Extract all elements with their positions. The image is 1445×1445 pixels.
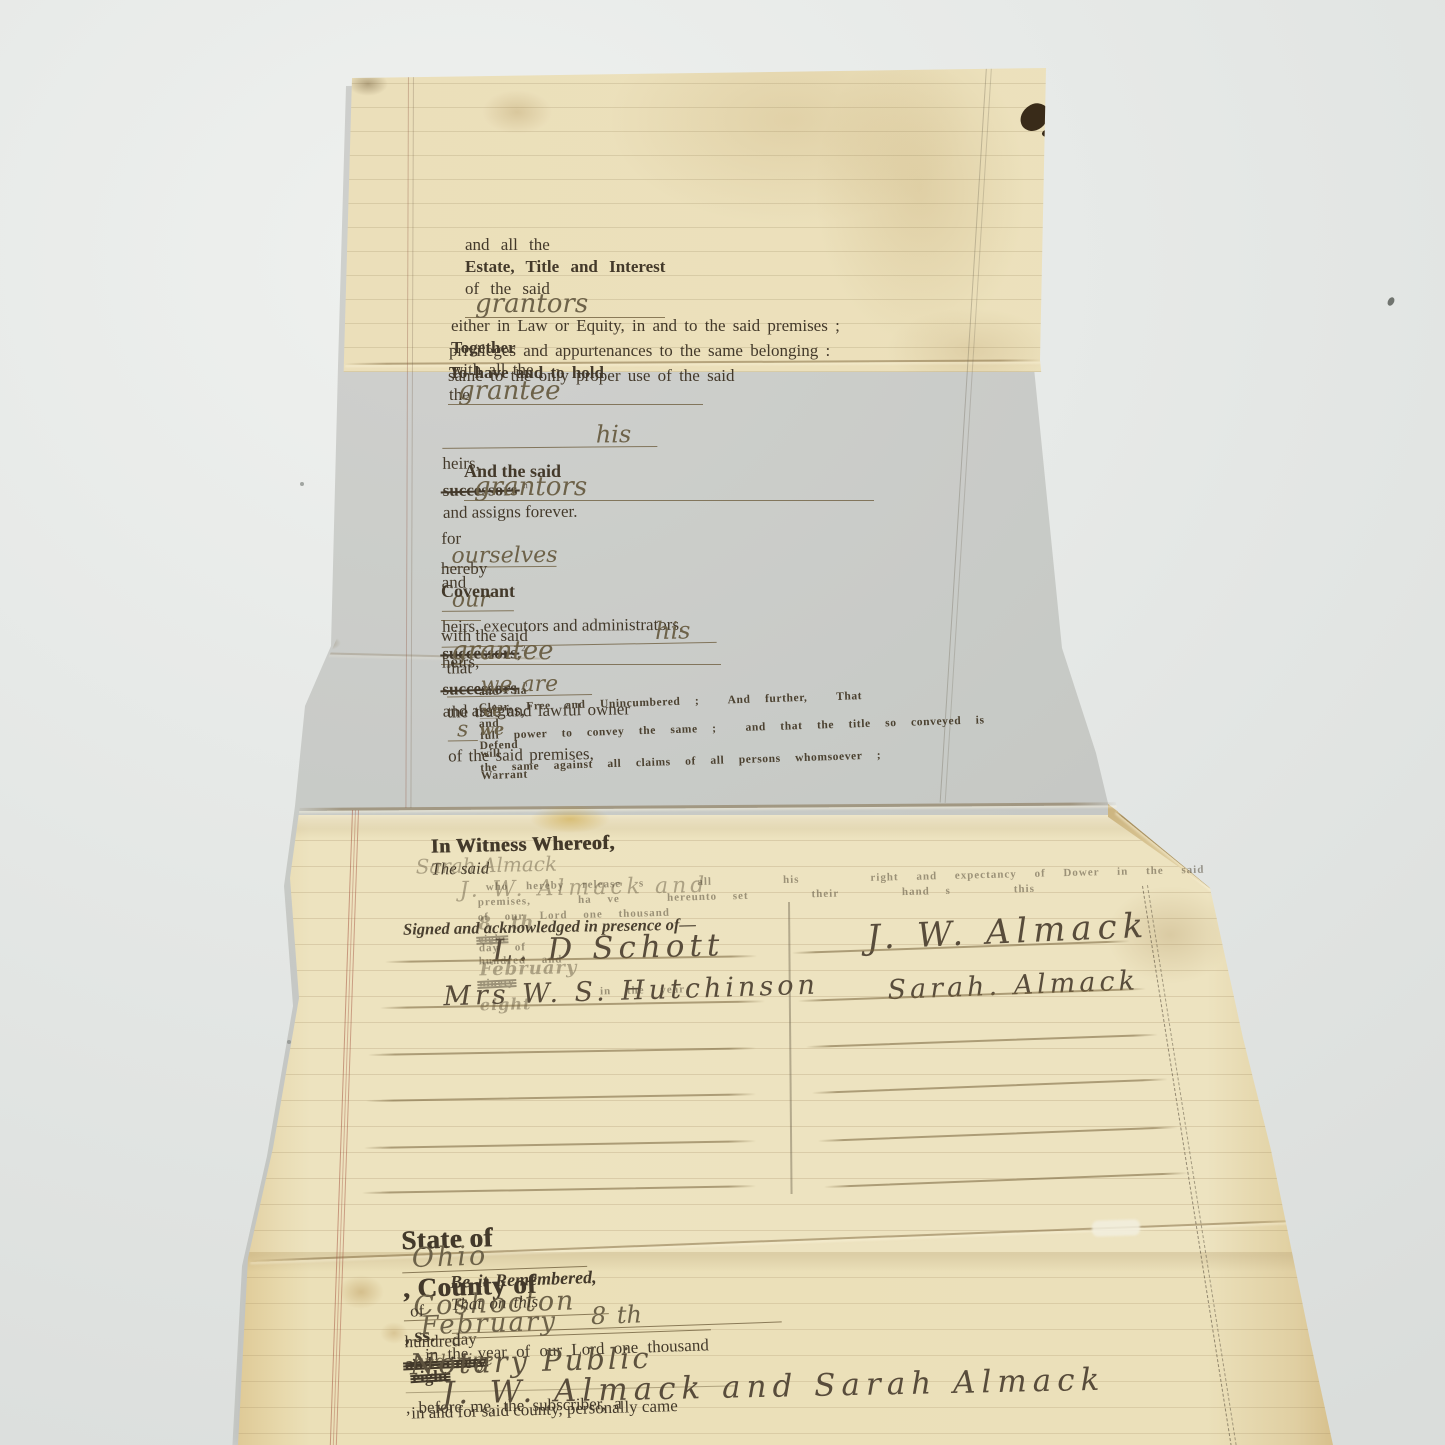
fine-text: the same against all claims of all perso… xyxy=(480,750,881,775)
stain xyxy=(482,90,552,134)
handwritten-his-2: his xyxy=(655,616,691,645)
estate-text-a: and all the xyxy=(465,235,550,254)
abrasion-patch xyxy=(1092,1219,1141,1237)
fine-print-line-3: and Defend the same against all claims o… xyxy=(420,679,882,803)
background-speck xyxy=(1386,296,1396,307)
handwritten-grantors-2: grantors xyxy=(474,472,587,502)
hereby-text: hereby xyxy=(441,559,487,578)
background-speck xyxy=(287,1040,291,1044)
covenant-text: Covenant xyxy=(441,581,515,601)
smudge xyxy=(348,72,388,96)
ink-blot-small xyxy=(1041,129,1051,137)
fine-text: and xyxy=(479,718,500,731)
handwritten-names: J. W. Almack and Sarah Almack xyxy=(442,1362,1106,1412)
party-signature-2: Sarah. Almack xyxy=(836,948,1140,1026)
handwritten-grantee: grantee xyxy=(458,376,561,406)
signature-sarah-almack: Sarah. Almack xyxy=(887,965,1139,1006)
background-speck xyxy=(300,482,304,486)
estate-text-b: Estate, Title and Interest xyxy=(465,257,665,276)
blank-grantee: grantee xyxy=(448,400,703,405)
fine-defend: Defend xyxy=(479,739,518,752)
blank-grantors-2: grantors xyxy=(464,496,874,501)
witness-signature-2: Mrs W. S. Hutchinson xyxy=(392,953,820,1032)
photo-stage: and all the Estate, Title and Interest o… xyxy=(0,0,1445,1445)
